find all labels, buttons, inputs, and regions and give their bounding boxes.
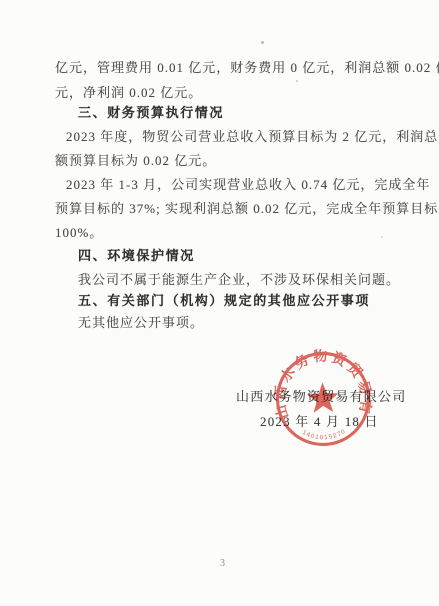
body-line: 我公司不属于能源生产企业，不涉及环保相关问题。 (78, 272, 400, 288)
body-line: 2023 年度，物贸公司营业总收入预算目标为 2 亿元，利润总 (66, 129, 438, 145)
body-line: 额预算目标为 0.02 亿元。 (55, 153, 216, 169)
body-line: 亿元，管理费用 0.01 亿元，财务费用 0 亿元，利润总额 0.02 亿 (55, 60, 439, 76)
company-seal-stamp: 山西水务物资贸易有限公司 1401015270 (259, 335, 387, 463)
section-heading-4: 四、环境保护情况 (78, 248, 195, 264)
section-heading-5: 五、有关部门（机构）规定的其他应公开事项 (78, 293, 370, 309)
scan-speck (381, 236, 383, 238)
scan-speck (261, 41, 264, 44)
body-line: 100%。 (55, 225, 103, 241)
seal-star-icon (307, 382, 339, 413)
scanned-document-page: 亿元，管理费用 0.01 亿元，财务费用 0 亿元，利润总额 0.02 亿 元，… (0, 0, 439, 606)
scan-speck (296, 80, 298, 82)
page-number: 3 (220, 558, 225, 569)
section-heading-3: 三、财务预算执行情况 (78, 105, 224, 121)
body-line: 预算目标的 37%; 实现利润总额 0.02 亿元，完成全年预算目标的 (55, 201, 439, 217)
body-line: 2023 年 1-3 月，公司实现营业总收入 0.74 亿元，完成全年 (66, 177, 430, 193)
body-line: 元，净利润 0.02 亿元。 (55, 85, 202, 101)
body-line: 无其他应公开事项。 (78, 315, 204, 331)
